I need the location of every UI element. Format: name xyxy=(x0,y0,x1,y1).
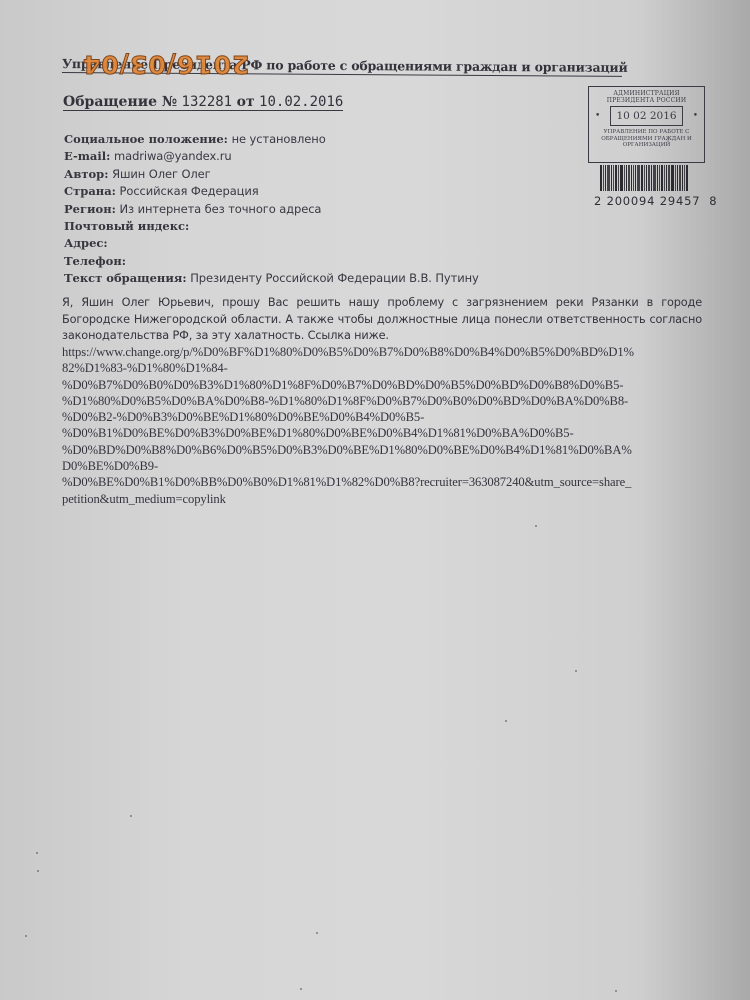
appeal-fields: Социальное положение: не установленоE-ma… xyxy=(64,131,524,288)
field-label: Текст обращения: xyxy=(64,271,187,285)
stamp-top-text: АДМИНИСТРАЦИЯ ПРЕЗИДЕНТА РОССИИ xyxy=(589,90,704,104)
field-label: E-mail: xyxy=(64,149,110,163)
scanned-document-page: Управление Президента РФ по работе с обр… xyxy=(0,0,750,1000)
paper-speck xyxy=(615,990,617,992)
paper-speck xyxy=(36,852,38,854)
field-value: не установлено xyxy=(232,132,326,146)
paper-speck xyxy=(316,932,318,934)
field-label: Регион: xyxy=(64,202,116,216)
stamp-date-row: • 10 02 2016 • xyxy=(589,106,704,126)
paper-speck xyxy=(37,870,39,872)
appeal-date: 10.02.2016 xyxy=(259,94,343,110)
stamp-bullet-icon: • xyxy=(595,111,600,121)
field-row: Социальное положение: не установлено xyxy=(64,131,524,148)
field-label: Телефон: xyxy=(64,254,126,268)
paper-speck xyxy=(25,935,27,937)
field-row: Телефон: xyxy=(64,253,524,270)
appeal-from: от xyxy=(237,94,255,110)
field-value: Президенту Российской Федерации В.В. Пут… xyxy=(190,271,479,285)
url-line: %D0%BD%D0%B8%D0%B6%D0%B5%D0%B3%D0%BE%D1%… xyxy=(62,442,634,458)
barcode-icon xyxy=(600,165,690,191)
appeal-number: 132281 xyxy=(182,94,233,110)
url-line: %D0%B1%D0%BE%D0%B3%D0%BE%D1%80%D0%BE%D0%… xyxy=(62,425,634,441)
field-row: Почтовый индекс: xyxy=(64,218,524,235)
petition-link: https://www.change.org/p/%D0%BF%D1%80%D0… xyxy=(62,344,634,507)
field-row: E-mail: madriwa@yandex.ru xyxy=(64,148,524,165)
paper-speck xyxy=(300,988,302,990)
appeal-title: Обращение № 132281 от 10.02.2016 xyxy=(63,94,343,111)
field-value: Из интернета без точного адреса xyxy=(120,202,322,216)
field-row: Страна: Российская Федерация xyxy=(64,183,524,200)
registration-stamp: АДМИНИСТРАЦИЯ ПРЕЗИДЕНТА РОССИИ • 10 02 … xyxy=(588,86,705,163)
field-label: Автор: xyxy=(64,167,108,181)
url-line: %D0%B7%D0%B0%D0%B3%D1%80%D1%8F%D0%B7%D0%… xyxy=(62,377,634,393)
field-label: Почтовый индекс: xyxy=(64,219,189,233)
field-row: Адрес: xyxy=(64,235,524,252)
url-line: petition&utm_medium=copylink xyxy=(62,491,634,507)
url-line: D0%BE%D0%B9- xyxy=(62,458,634,474)
paper-speck xyxy=(130,815,132,817)
appeal-text: Я, Яшин Олег Юрьевич, прошу Вас решить н… xyxy=(62,295,702,345)
stamp-bullet-icon: • xyxy=(693,111,698,121)
paper-speck xyxy=(575,670,577,672)
url-line: %D0%B2-%D0%B3%D0%BE%D1%80%D0%BE%D0%B4%D0… xyxy=(62,409,634,425)
barcode-number: 2 200094 29457 8 xyxy=(594,194,717,208)
url-line: 82%D1%83-%D1%80%D1%84- xyxy=(62,360,634,376)
field-value: madriwa@yandex.ru xyxy=(114,149,232,163)
field-row: Автор: Яшин Олег Олег xyxy=(64,166,524,183)
paper-speck xyxy=(535,525,537,527)
field-label: Адрес: xyxy=(64,236,108,250)
url-line: %D1%80%D0%B5%D0%BA%D0%B8-%D1%80%D1%8F%D0… xyxy=(62,393,634,409)
field-label: Социальное положение: xyxy=(64,132,228,146)
paper-speck xyxy=(505,720,507,722)
field-row: Регион: Из интернета без точного адреса xyxy=(64,201,524,218)
camera-date-overlay: 2016/03/04 xyxy=(82,50,249,79)
stamp-date: 10 02 2016 xyxy=(610,106,682,126)
url-line: %D0%BE%D0%B1%D0%BB%D0%B0%D1%81%D1%82%D0%… xyxy=(62,474,634,490)
appeal-label: Обращение № xyxy=(63,94,177,110)
url-line: https://www.change.org/p/%D0%BF%D1%80%D0… xyxy=(62,344,634,360)
field-value: Российская Федерация xyxy=(120,184,259,198)
field-value: Яшин Олег Олег xyxy=(112,167,210,181)
field-label: Страна: xyxy=(64,184,116,198)
stamp-bottom-text: УПРАВЛЕНИЕ ПО РАБОТЕ С ОБРАЩЕНИЯМИ ГРАЖД… xyxy=(589,129,704,149)
field-row: Текст обращения: Президенту Российской Ф… xyxy=(64,270,524,287)
appeal-paragraph: Я, Яшин Олег Юрьевич, прошу Вас решить н… xyxy=(62,295,702,345)
